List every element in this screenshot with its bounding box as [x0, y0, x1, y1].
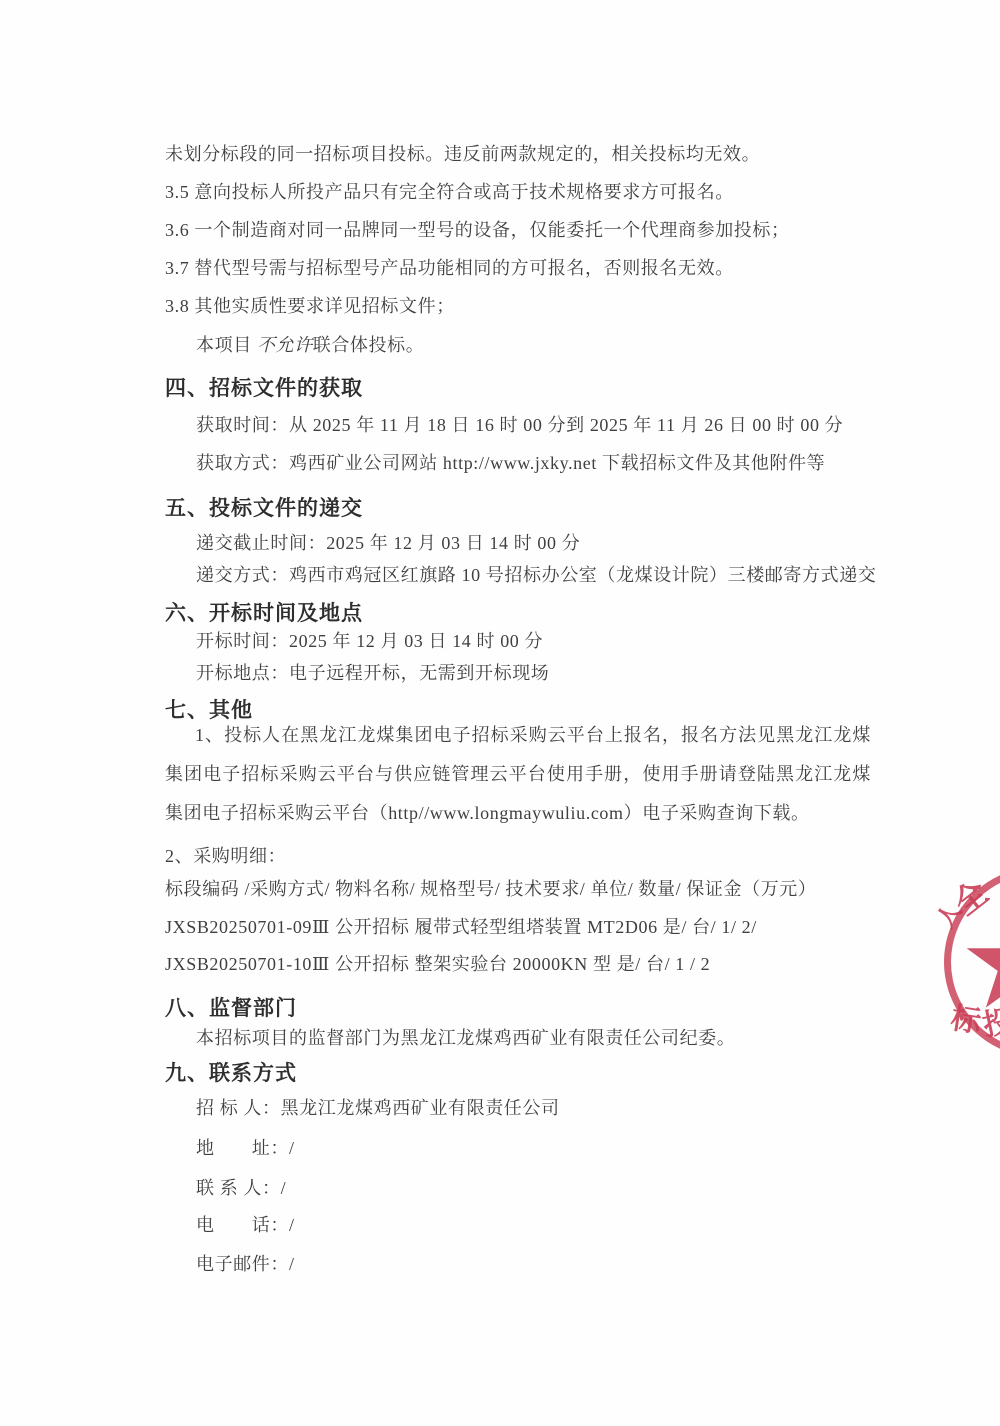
- contact-phone: 电 话：/: [196, 1214, 295, 1236]
- stamp-character: 标: [949, 1004, 983, 1038]
- stamp-character: 投: [980, 1006, 1000, 1042]
- clause-3-7: 3.7 替代型号需与招标型号产品功能相同的方可报名，否则报名无效。: [165, 257, 734, 279]
- contact-person: 联 系 人：/: [196, 1177, 286, 1199]
- joint-bid-suffix: 联合体投标。: [313, 335, 425, 355]
- joint-bid-clause: 本项目 不允许联合体投标。: [196, 334, 424, 356]
- stamp-character: 人: [938, 899, 967, 932]
- section5-heading: 五、投标文件的递交: [165, 492, 363, 522]
- section4-heading: 四、招标文件的获取: [165, 372, 363, 402]
- scanned-tender-document-page: 未划分标段的同一招标项目投标。违反前两款规定的，相关投标均无效。 3.5 意向投…: [0, 0, 1000, 1426]
- section4-obtain-time: 获取时间：从 2025 年 11 月 18 日 16 时 00 分到 2025 …: [196, 414, 843, 436]
- stamp-star-icon: ★: [958, 896, 1000, 1028]
- stamp-circle-icon: [944, 866, 1000, 1058]
- contact-address: 地 址：/: [196, 1137, 295, 1159]
- contact-bidder: 招 标 人：黑龙江龙煤鸡西矿业有限责任公司: [196, 1097, 560, 1119]
- procurement-detail-header: 标段编码 /采购方式/ 物料名称/ 规格型号/ 技术要求/ 单位/ 数量/ 保证…: [165, 878, 817, 900]
- section6-open-time: 开标时间：2025 年 12 月 03 日 14 时 00 分: [196, 630, 543, 652]
- section4-obtain-method: 获取方式：鸡西矿业公司网站 http://www.jxky.net 下载招标文件…: [196, 452, 825, 474]
- carryover-clause: 未划分标段的同一招标项目投标。违反前两款规定的，相关投标均无效。: [165, 143, 760, 165]
- stamp-character: 全: [949, 876, 994, 921]
- section9-heading: 九、联系方式: [165, 1057, 297, 1087]
- contact-email: 电子邮件：/: [196, 1253, 295, 1275]
- procurement-detail-row: JXSB20250701-09Ⅲ 公开招标 履带式轻型组塔装置 MT2D06 是…: [165, 916, 757, 938]
- section7-paragraph-1: 1、投标人在黑龙江龙煤集团电子招标采购云平台上报名，报名方法见黑龙江龙煤集团电子…: [165, 716, 871, 833]
- section6-heading: 六、开标时间及地点: [165, 597, 363, 627]
- clause-3-6: 3.6 一个制造商对同一品牌同一型号的设备，仅能委托一个代理商参加投标；: [165, 219, 790, 241]
- section8-body: 本招标项目的监督部门为黑龙江龙煤鸡西矿业有限责任公司纪委。: [196, 1027, 735, 1049]
- section8-heading: 八、监督部门: [165, 992, 297, 1022]
- joint-bid-emphasis: 不允许: [257, 335, 313, 355]
- clause-3-8: 3.8 其他实质性要求详见招标文件；: [165, 295, 455, 317]
- section6-open-place: 开标地点：电子远程开标，无需到开标现场: [196, 662, 549, 684]
- procurement-detail-row: JXSB20250701-10Ⅲ 公开招标 整架实验台 20000KN 型 是/…: [165, 953, 710, 975]
- section7-paragraph-2: 2、采购明细：: [165, 845, 286, 867]
- clause-3-5: 3.5 意向投标人所投产品只有完全符合或高于技术规格要求方可报名。: [165, 181, 734, 203]
- section5-method: 递交方式：鸡西市鸡冠区红旗路 10 号招标办公室（龙煤设计院）三楼邮寄方式递交: [196, 564, 876, 586]
- section5-deadline: 递交截止时间：2025 年 12 月 03 日 14 时 00 分: [196, 532, 580, 554]
- red-stamp: ★ 全 人 标 投: [938, 858, 1000, 1070]
- joint-bid-prefix: 本项目: [196, 335, 252, 355]
